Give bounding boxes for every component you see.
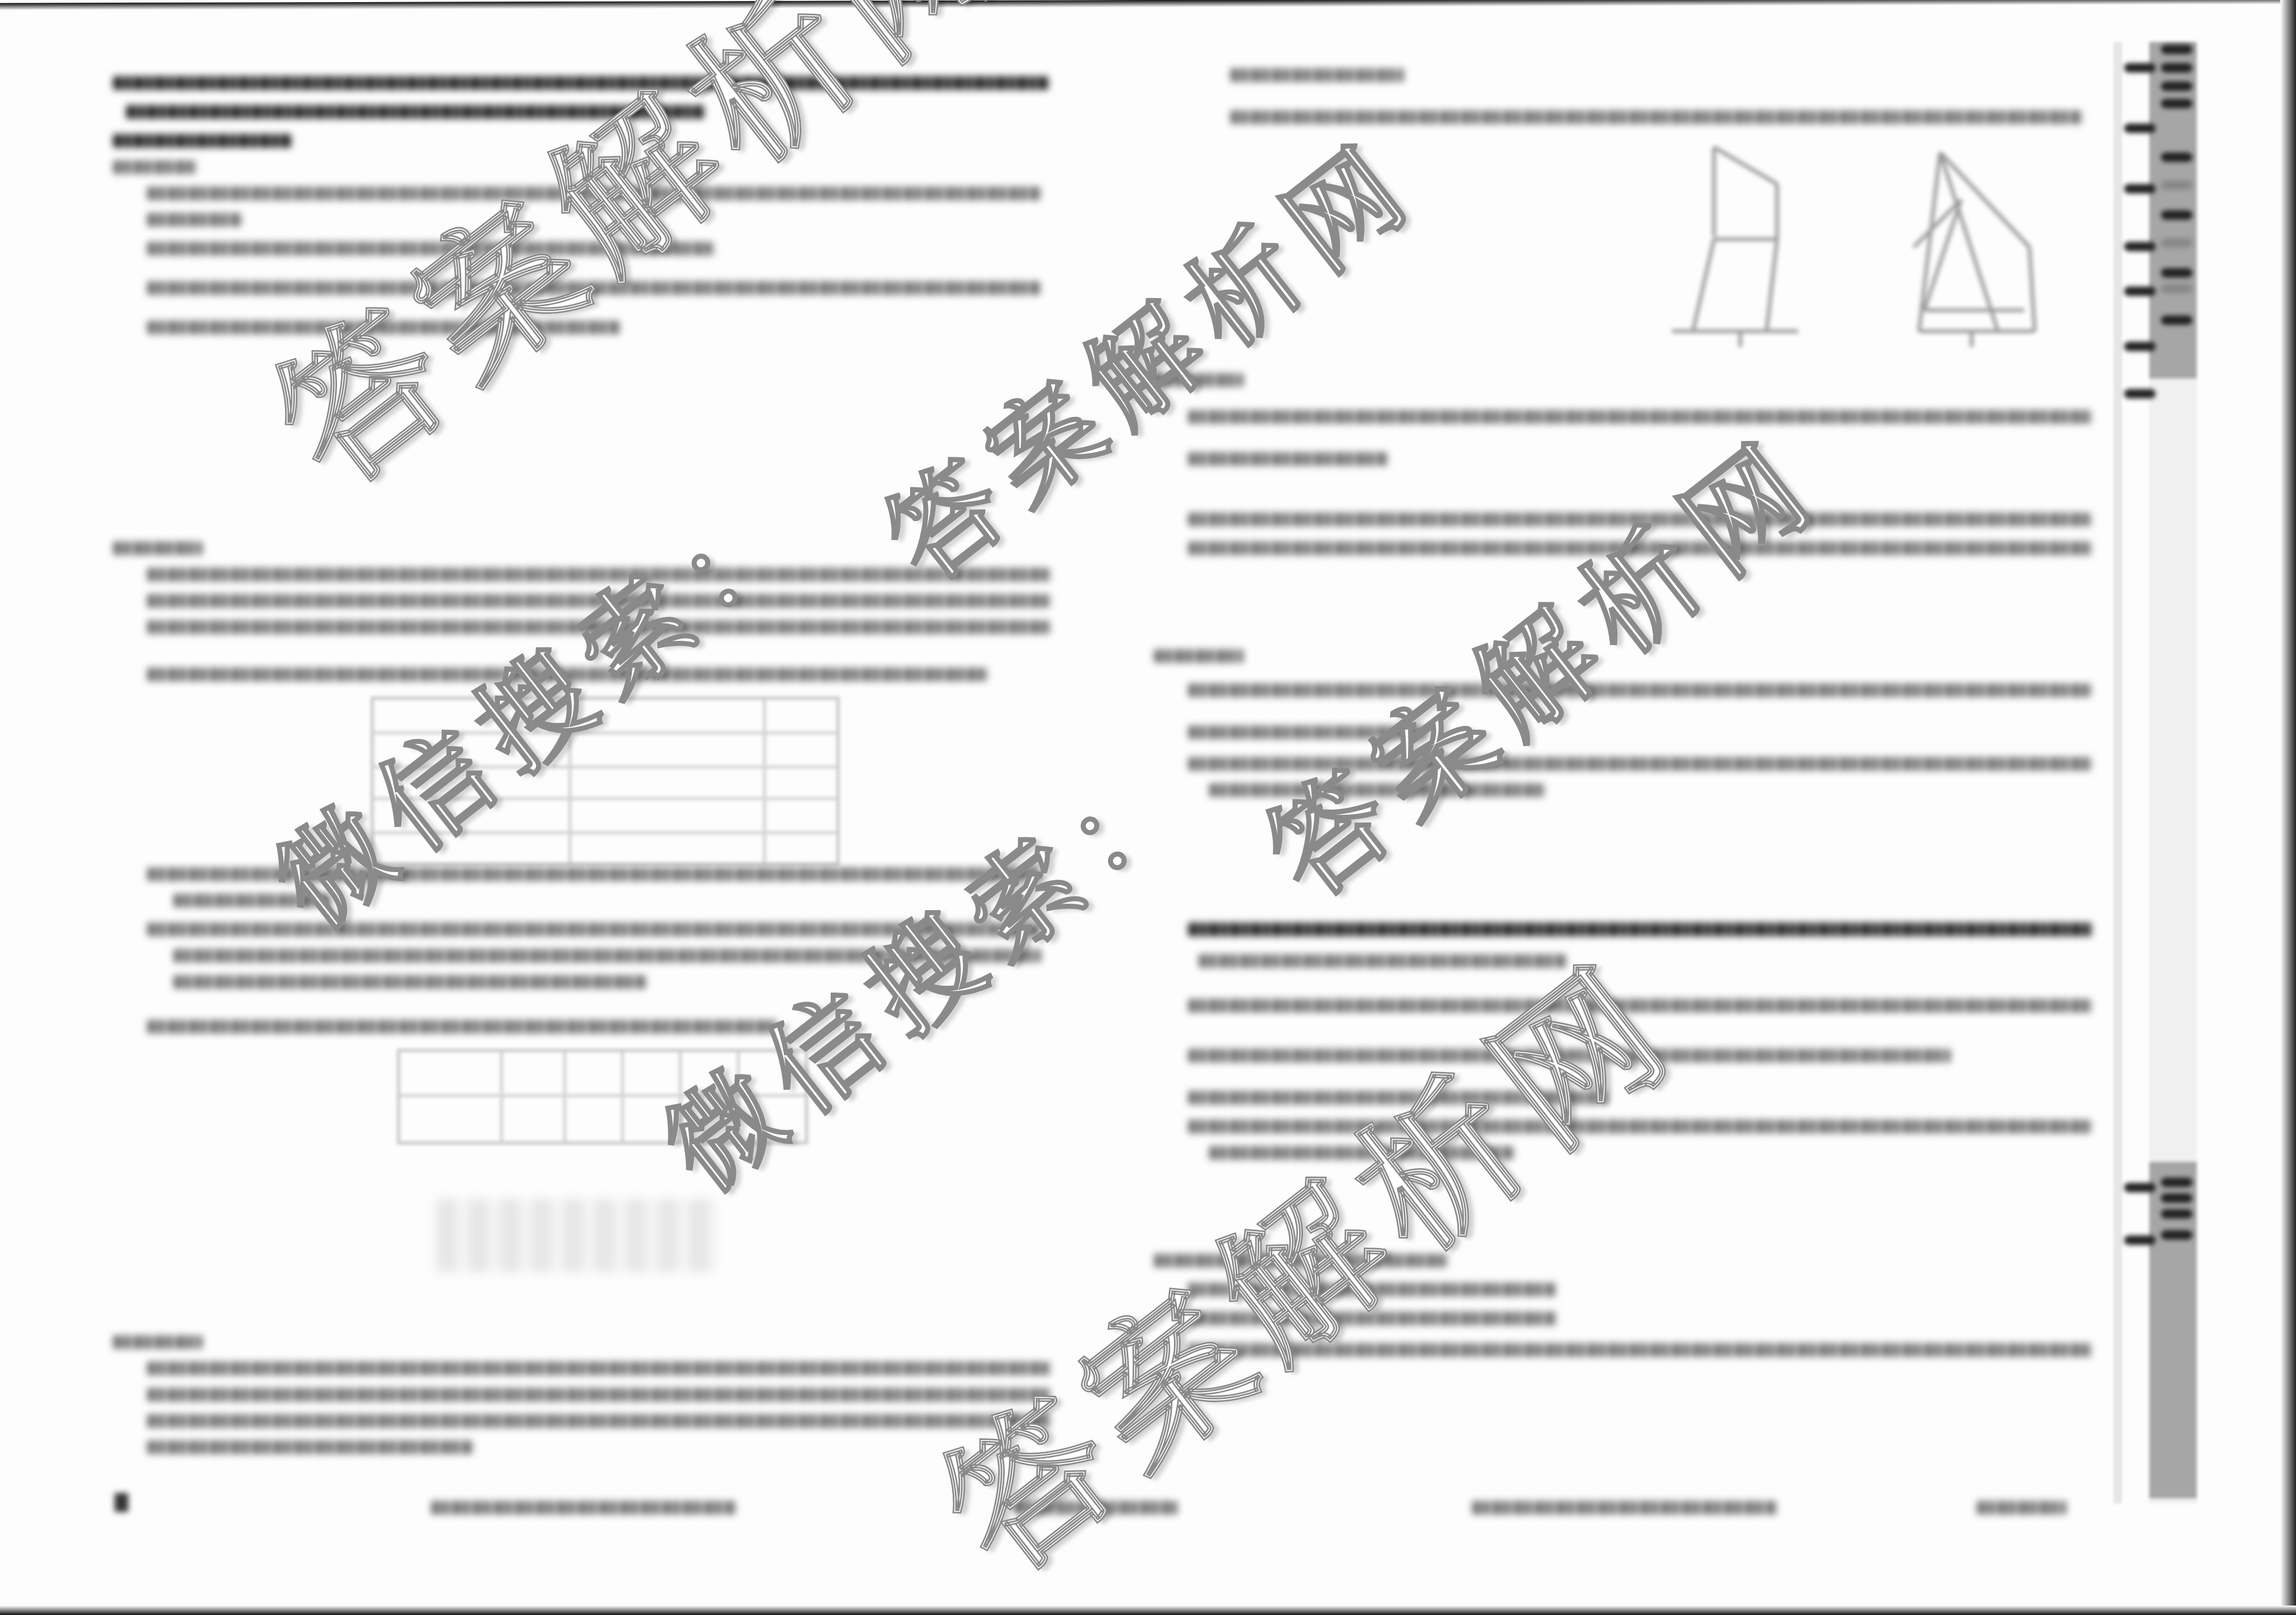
- question-17-number: [113, 160, 197, 174]
- question-21-part1: [1188, 725, 1425, 739]
- question-21-text: [1188, 683, 2093, 697]
- geometry-figure-folded: [1640, 137, 1840, 357]
- question-19-cont: [1230, 110, 2082, 124]
- question-20-text: [1188, 410, 2093, 424]
- question-21-number: [1154, 649, 1243, 663]
- left-footer-note: [1015, 1501, 1178, 1515]
- faint-stamp: [436, 1199, 720, 1272]
- right-footer-note: [1977, 1501, 2066, 1515]
- question-21-part2: [1209, 783, 1546, 797]
- section-header-line: [113, 134, 292, 148]
- question-19-number: [113, 1335, 202, 1349]
- question-18-part1: [147, 867, 1041, 881]
- section-header-line: [126, 105, 705, 119]
- optional-section-header: [1199, 954, 1567, 968]
- question-20-part: [1188, 541, 2093, 555]
- question-18-part1: [174, 894, 331, 907]
- question-17-text: [147, 213, 242, 227]
- question-18-part2: [174, 975, 647, 989]
- scan-right-edge: [2280, 0, 2296, 1615]
- question-22-part2: [1209, 1146, 1514, 1160]
- question-22-part1: [1188, 1091, 1609, 1105]
- question-19-text: [147, 1414, 1052, 1428]
- critical-value-table: [397, 1049, 808, 1144]
- question-20-text: [1188, 452, 1388, 466]
- question-18-text: [147, 620, 1052, 634]
- question-21-part2: [1188, 757, 2093, 771]
- left-page-number: [115, 1493, 128, 1512]
- question-19-text: [147, 1362, 1052, 1375]
- question-17-part2: [147, 281, 1041, 295]
- question-17-part2: [147, 321, 620, 334]
- section-header-line: [113, 76, 1049, 90]
- formula-chi-square: [147, 1020, 778, 1034]
- question-17-part1: [147, 242, 715, 255]
- right-footer-title: [1472, 1501, 1777, 1515]
- left-footer-title: [431, 1501, 736, 1515]
- question-23-part2: [1188, 1343, 2093, 1357]
- optional-section-header: [1188, 923, 2093, 936]
- question-18-number: [113, 541, 202, 555]
- question-19-cont: [1230, 68, 1404, 82]
- question-18-text: [147, 594, 1052, 608]
- question-18-part2: [147, 923, 1041, 936]
- scan-top-edge: [0, 0, 2296, 11]
- geometry-figure-pyramid: [1893, 137, 2061, 357]
- question-22-part2: [1188, 1120, 2093, 1133]
- question-20-number: [1154, 373, 1243, 387]
- exam-page-spread: 答案解析网 答案解析网 微信搜索： 答案解析网 微信搜索： 答案解析网: [0, 0, 2296, 1615]
- question-18-text: [147, 668, 988, 681]
- question-18-text: [147, 568, 1052, 581]
- question-19-text: [147, 1440, 473, 1454]
- question-17-text: [147, 187, 1041, 200]
- question-22-text: [1188, 1049, 1951, 1062]
- contingency-table: [371, 697, 840, 866]
- question-22-text: [1188, 999, 2093, 1013]
- question-23-text: [1188, 1283, 1556, 1296]
- question-18-part2: [174, 949, 1041, 963]
- watermark-site: 答案解析网: [849, 97, 1444, 611]
- question-23-part1: [1188, 1312, 1556, 1325]
- watermark-site: 答案解析网: [1228, 393, 1848, 928]
- scan-bottom-edge: [0, 1606, 2296, 1615]
- question-20-part: [1188, 513, 2093, 526]
- question-23-number: [1154, 1254, 1448, 1268]
- question-19-text: [147, 1388, 1052, 1402]
